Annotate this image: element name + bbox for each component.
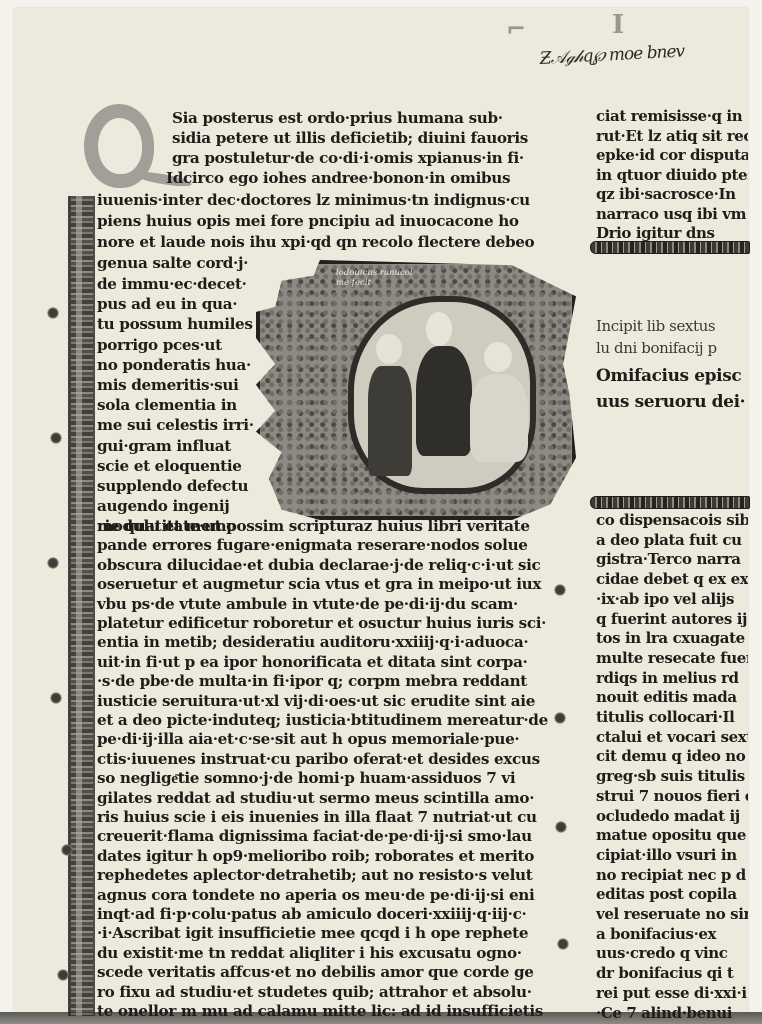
margin-dot [57,969,69,981]
right-text-line: lu dni bonifacij p [596,338,717,358]
text-line: sidia petere ut illis deficietib; diuini… [172,128,528,148]
text-line: dates igitur h op9·melioribo roib; robor… [97,846,534,866]
right-text-line: a bonifacius·ex [596,924,716,944]
right-text-line: ·ix·ab ipo vel alijs [596,589,734,609]
figure-center [416,346,472,456]
text-line: sola clementia in [97,395,237,415]
text-line: so neglige͞tie somno·j·de homi·p huam·as… [97,768,515,788]
text-line: porrigo pces·ut [97,335,222,355]
right-text-line: qz ibi·sacrosce·In [596,184,736,204]
text-line: ·s·de pbe·de multa·in fi·ipor q; corpm m… [97,671,527,691]
text-line: supplendo defectu [97,476,248,496]
text-line: ctis·iuuenes instruat·cu paribo oferat·e… [97,749,540,769]
right-text-line: rdiqs in melius rd [596,668,739,688]
margin-dot [47,307,59,319]
text-line: no ponderatis hua· [97,355,251,375]
right-text-line: uus·credo q vinc [596,943,728,963]
text-line: pande errores fugare·enigmata reserare·n… [97,535,528,555]
right-text-line: ·Ce 7 alind·benui [596,1003,732,1021]
right-text-line: matue opositu que [596,825,746,845]
text-line: genua salte cord·j· [97,253,248,273]
text-line: rie quatitate·ut possim scripturaz huius… [97,516,530,536]
right-decorative-bar-top [590,241,750,254]
text-line: uit·in fi·ut p ea ipor honorificata et d… [97,652,528,672]
top-mark-left: ⌐ [506,14,526,43]
right-text-column: ciat remisisse·q inrut·Et lz atiq sit re… [596,100,748,1020]
right-text-line: rei put esse di·xxi·i [596,983,747,1003]
right-text-line: cit demu q ideo no [596,746,745,766]
right-text-line: ciat remisisse·q in [596,106,742,126]
text-line: inqt·ad fi·p·colu·patus ab amiculo docer… [97,904,526,924]
right-text-line: strui 7 nouos fieri c [596,786,748,806]
right-text-line: cidae debet q ex ex [596,569,748,589]
top-mark-right: I [612,10,624,40]
left-decorative-border [68,196,95,1016]
text-line: mis demeritis·sui [97,375,239,395]
right-text-line: nouit editis mada [596,687,737,707]
right-text-line: vel reseruate no sin [596,904,748,924]
text-line: obscura dilucidae·et dubia declarae·j·de… [97,555,540,575]
text-line: iuuenis·inter dec·doctores lz minimus·tn… [97,190,530,210]
text-line: platetur edificetur roboretur et osuctur… [97,613,546,633]
text-line: oseruetur et augmetur scia vtus et gra i… [97,574,541,594]
right-text-line: titulis collocari·Il [596,707,734,727]
right-text-line: Drio igitur dns [596,223,715,243]
margin-dot [554,584,566,596]
right-text-line: greg·sb suis titulis [596,766,745,786]
text-line: du existit·me tn reddat aliqliter i his … [97,943,522,963]
text-line: pus ad eu in qua· [97,294,237,314]
right-decorative-bar-middle [590,496,750,509]
text-line: me sui celestis irri· [97,415,254,435]
text-line: ris huius scie i eis inuenies in illa fl… [97,807,537,827]
right-text-line: epke·id cor disputa [596,145,748,165]
text-line: tu possum humiles [97,314,253,334]
margin-dot [50,432,62,444]
right-text-line: editas post copila [596,884,737,904]
right-text-line: dr bonifacius qi t [596,963,733,983]
text-line: vbu ps·de vtute ambule in vtute·de pe·di… [97,594,518,614]
initial-letter-q [84,104,154,188]
text-line: iusticie seruitura·ut·xl vij·di·oes·ut s… [97,691,535,711]
text-line: entia in metib; desideratiu auditoru·xxi… [97,632,528,652]
text-line: pe·di·ij·illa aia·et·c·se·sit aut h opus… [97,729,519,749]
text-line: piens huius opis mei fore pncipiu ad inu… [97,211,519,231]
text-line: de immu·ec·decet· [97,274,247,294]
text-line: gra postuletur·de co·di·i·omis xpianus·i… [172,148,524,168]
figure-right [470,374,528,462]
historiated-initial-b: lodouicus ranucol me fecit [248,254,576,518]
text-line: rephedetes aplector·detrahetib; aut no r… [97,865,532,885]
text-line: ro fixu ad studiu·et studetes quib; attr… [97,982,532,1002]
right-heading-line: Omifacius episc [596,366,741,386]
text-line: creuerit·flama dignissima faciat·de·pe·d… [97,826,532,846]
right-text-line: tos in lra cxuagate [596,628,745,648]
right-text-line: ctalui et vocari sext [596,727,748,747]
margin-dot [61,844,73,856]
text-line: augendo ingenij [97,496,229,516]
margin-dot [47,557,59,569]
margin-dot [557,938,569,950]
margin-dot [555,821,567,833]
text-line: Idcirco ego iohes andree·bonon·in omibus [166,168,510,188]
right-text-line: no recipiat nec p d [596,865,746,885]
text-line: scie et eloquentie [97,456,242,476]
right-text-line: a deo plata fuit cu [596,530,742,550]
text-line: agnus cora tondete no aperia os meu·de p… [97,885,534,905]
text-line: nore et laude nois ihu xpi·qd qn recolo … [97,232,534,252]
right-text-line: gistra·Terco narra [596,549,741,569]
right-text-line: in qtuor diuido ptes [596,165,748,185]
right-text-line: Incipit lib sextus [596,316,715,336]
figure-center-head [426,312,452,346]
margin-dot [554,712,566,724]
right-text-line: ocludedo madat ij [596,806,740,826]
right-text-line: cipiat·illo vsuri in [596,845,737,865]
right-text-line: multe resecate fueri [596,648,748,668]
right-text-line: q fuerint autores ij [596,609,747,629]
text-line: scede veritatis affcus·et no debilis amo… [97,962,534,982]
right-text-line: narraco usq ibi vm [596,204,746,224]
text-line: gilates reddat ad studiu·ut sermo meus s… [97,788,534,808]
text-line: te onellor m mu ad calamu mitte lic: ad … [97,1001,543,1021]
figure-left [368,366,412,476]
text-line: gui·gram influat [97,436,231,456]
right-text-line: co dispensacois sib [596,510,748,530]
figure-left-head [376,334,402,364]
text-line: et a deo picte·induteq; iusticia·btitudi… [97,710,548,730]
figure-right-head [484,342,512,372]
text-line: ·i·Ascribat igit insufficietie mee qcqd … [97,923,528,943]
text-line: Sia posterus est ordo·prius humana sub· [172,108,503,128]
right-text-line: rut·Et lz atiq sit rect [596,126,748,146]
miniature-caption: lodouicus ranucol me fecit [336,268,426,288]
right-heading-line: uus seruoru dei· [596,392,745,412]
margin-dot [50,692,62,704]
